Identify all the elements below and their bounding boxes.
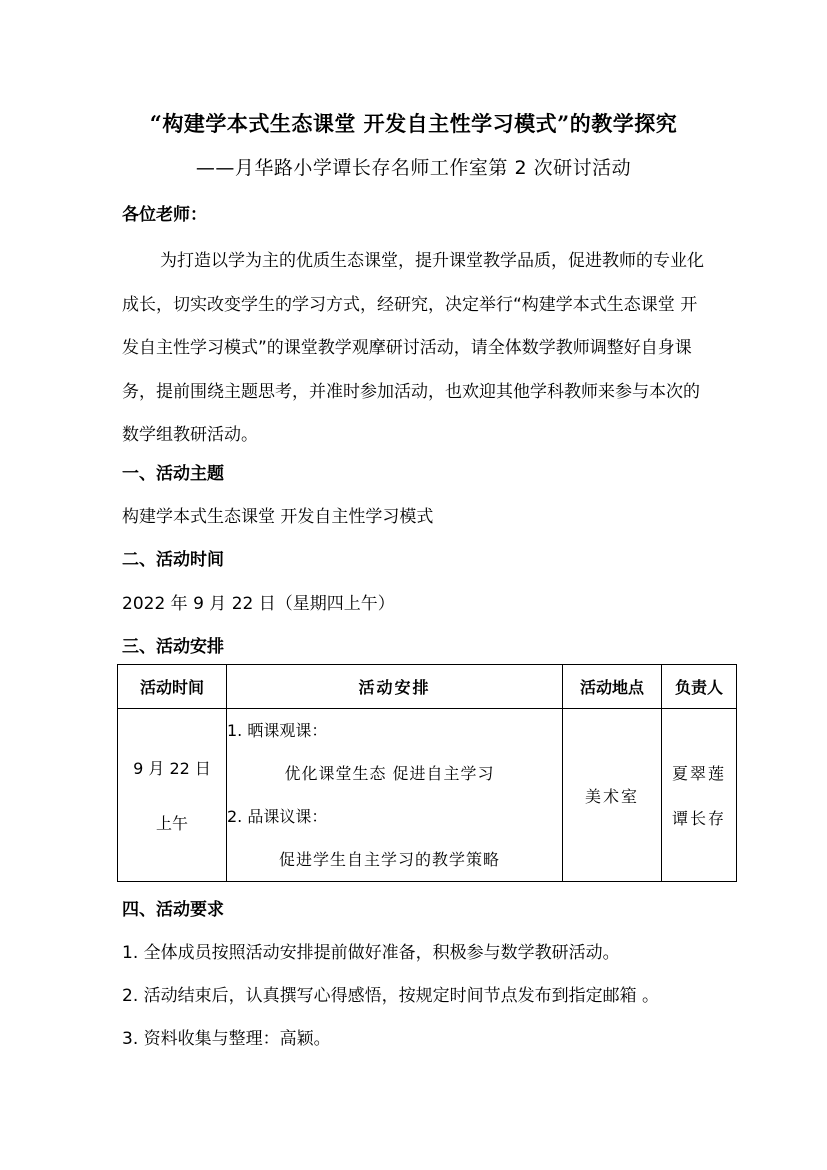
arrangement-label-2: 2. 品课议课： bbox=[227, 795, 562, 838]
schedule-table: 活动时间 活动安排 活动地点 负责人 9 月 22 日 上午 1. 晒课观课： … bbox=[117, 664, 737, 882]
time-period: 上午 bbox=[156, 811, 188, 834]
time-date: 9 月 22 日 bbox=[133, 756, 211, 779]
person-2: 谭长存 bbox=[672, 806, 726, 829]
intro-paragraph: 为打造以学为主的优质生态课堂，提升课堂教学品质，促进教师的专业化成长，切实改变学… bbox=[122, 240, 712, 458]
requirement-2: 2. 活动结束后，认真撰写心得感悟，按规定时间节点发布到指定邮箱 。 bbox=[122, 981, 659, 1006]
cell-arrangement: 1. 晒课观课： 优化课堂生态 促进自主学习 2. 品课议课： 促进学生自主学习… bbox=[227, 709, 563, 882]
arrangement-detail-2: 促进学生自主学习的教学策略 bbox=[227, 838, 562, 881]
table-header-row: 活动时间 活动安排 活动地点 负责人 bbox=[118, 665, 737, 709]
header-location: 活动地点 bbox=[563, 665, 662, 709]
document-subtitle: ——月华路小学谭长存名师工作室第 2 次研讨活动 bbox=[0, 153, 827, 180]
document-title: “构建学本式生态课堂 开发自主性学习模式”的教学探究 bbox=[0, 108, 827, 138]
header-person: 负责人 bbox=[662, 665, 737, 709]
table-row: 9 月 22 日 上午 1. 晒课观课： 优化课堂生态 促进自主学习 2. 品课… bbox=[118, 709, 737, 882]
section-heading-requirements: 四、活动要求 bbox=[122, 895, 224, 920]
requirement-3: 3. 资料收集与整理：高颖。 bbox=[122, 1024, 331, 1049]
section-heading-time: 二、活动时间 bbox=[122, 545, 224, 570]
section-heading-theme: 一、活动主题 bbox=[122, 459, 224, 484]
time-content: 2022 年 9 月 22 日（星期四上午） bbox=[122, 589, 395, 614]
theme-content: 构建学本式生态课堂 开发自主性学习模式 bbox=[122, 502, 433, 527]
section-heading-arrangement: 三、活动安排 bbox=[122, 632, 224, 657]
arrangement-label-1: 1. 晒课观课： bbox=[227, 709, 562, 752]
requirement-1: 1. 全体成员按照活动安排提前做好准备，积极参与数学教研活动。 bbox=[122, 938, 620, 963]
cell-location: 美术室 bbox=[563, 709, 662, 882]
greeting: 各位老师： bbox=[122, 200, 207, 225]
arrangement-detail-1: 优化课堂生态 促进自主学习 bbox=[227, 752, 562, 795]
header-arrangement: 活动安排 bbox=[227, 665, 563, 709]
header-time: 活动时间 bbox=[118, 665, 227, 709]
person-1: 夏翠莲 bbox=[672, 761, 726, 784]
cell-persons: 夏翠莲 谭长存 bbox=[662, 709, 737, 882]
cell-time: 9 月 22 日 上午 bbox=[118, 709, 227, 882]
